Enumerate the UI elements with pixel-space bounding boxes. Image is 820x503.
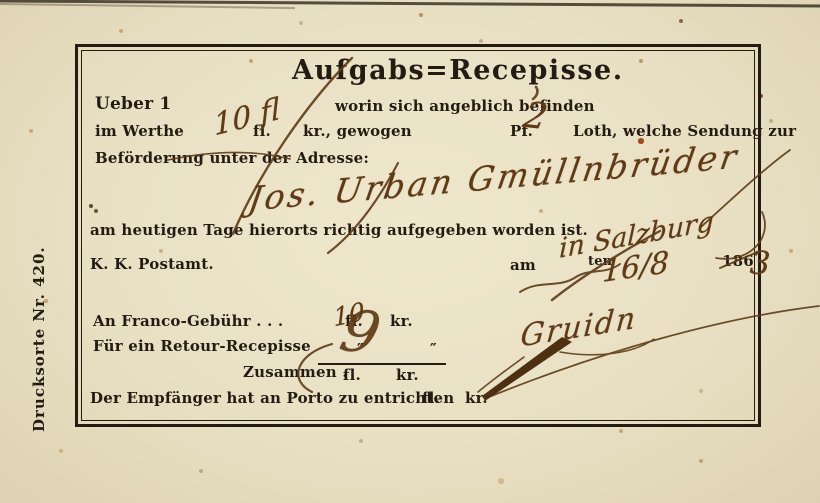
field-befoerderung: Beförderung unter der Adresse: [95, 149, 369, 167]
field-loth: Loth, welche Sendung zur [573, 122, 796, 140]
plate-number: Drucksorte Nr. 420. [30, 232, 48, 432]
field-zusammen: Zusammen . [243, 363, 348, 381]
document-title: Aufgabs=Recepisse. [292, 55, 624, 86]
field-aufgegeben: am heutigen Tage hierorts richtig aufgeg… [90, 221, 588, 239]
field-franco: An Franco-Gebühr . . . [93, 312, 283, 330]
handwritten-year-digit: 3 [749, 243, 772, 282]
field-im-werthe: im Werthe [95, 122, 184, 140]
field-ueber: Ueber 1 [95, 94, 171, 114]
scanned-receipt: Drucksorte Nr. 420. Aufgabs=Recepisse. U… [0, 0, 820, 503]
field-retour: Für ein Retour-Recepisse [93, 337, 311, 355]
ditto-mark-right: ″ [430, 340, 437, 358]
field-postamt: K. K. Postamt. [90, 255, 214, 273]
field-zusammen-kr: kr. [396, 366, 419, 384]
field-empfaenger-fl: fl. [422, 389, 440, 407]
field-franco-kr: kr. [390, 312, 413, 330]
field-am: am [510, 256, 536, 274]
field-kr-gewogen: kr., gewogen [303, 122, 412, 140]
field-zusammen-fl: fl. [343, 366, 361, 384]
field-empfaenger-kr: kr. [465, 389, 488, 407]
paper-speckles [0, 0, 2, 2]
field-worin: worin sich angeblich befinden [335, 97, 595, 115]
field-empfaenger: Der Empfänger hat an Porto zu entrichten [90, 389, 454, 407]
